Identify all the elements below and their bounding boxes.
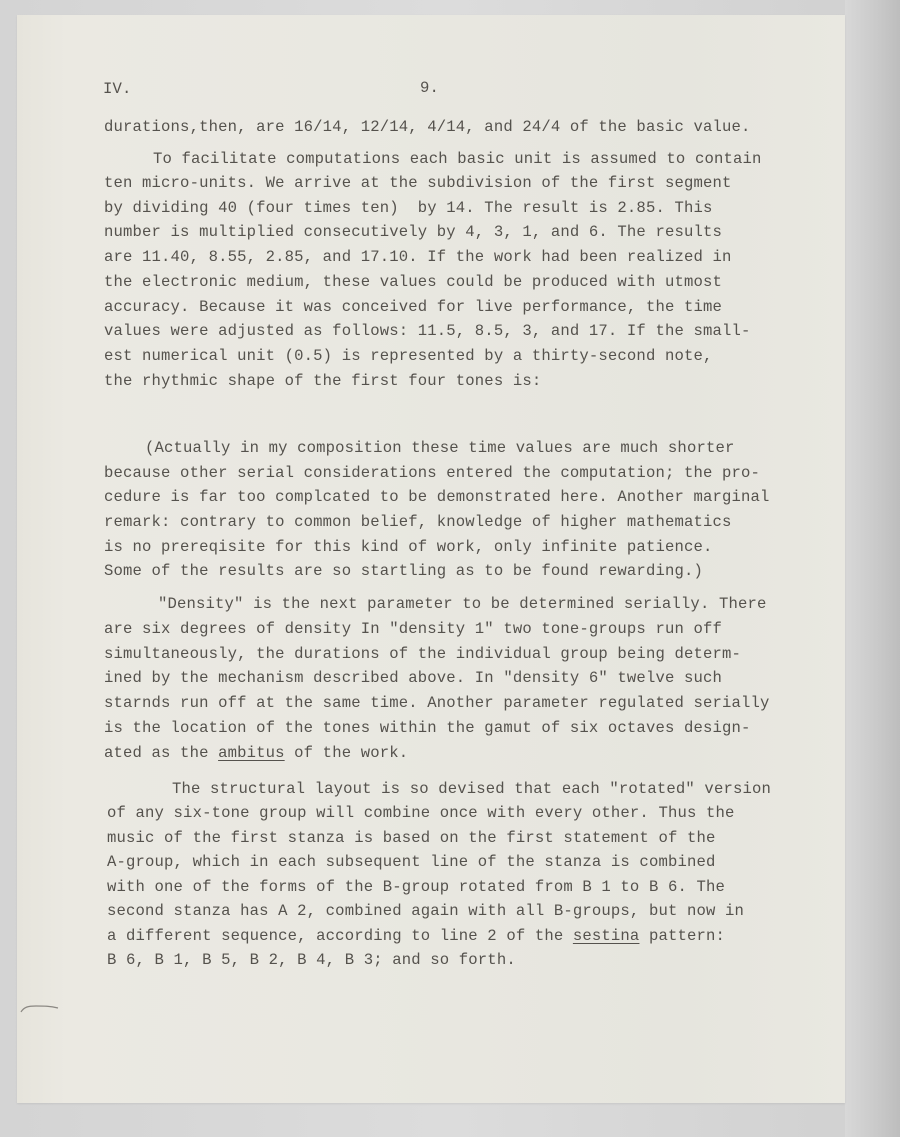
text-line: by dividing 40 (four times ten) by 14. T… — [104, 198, 713, 218]
section-number: IV. — [103, 79, 132, 99]
text-line: B 6, B 1, B 5, B 2, B 4, B 3; and so for… — [107, 950, 516, 970]
text-line: (Actually in my composition these time v… — [145, 438, 734, 458]
text-line: of any six-tone group will combine once … — [107, 803, 735, 823]
text-fragment: ated as the — [104, 744, 218, 762]
text-line: ined by the mechanism described above. I… — [104, 668, 722, 688]
text-line: starnds run off at the same time. Anothe… — [104, 693, 770, 713]
text-line: second stanza has A 2, combined again wi… — [107, 901, 744, 921]
text-fragment: a different sequence, according to line … — [107, 927, 573, 945]
text-line: remark: contrary to common belief, knowl… — [104, 512, 732, 532]
text-line: are 11.40, 8.55, 2.85, and 17.10. If the… — [104, 247, 732, 267]
text-line: "Density" is the next parameter to be de… — [158, 594, 767, 614]
pencil-mark — [20, 1003, 60, 1013]
text-line: because other serial considerations ente… — [104, 463, 760, 483]
underlined-term-ambitus: ambitus — [218, 744, 285, 762]
text-line: To facilitate computations each basic un… — [153, 149, 762, 169]
underlined-term-sestina: sestina — [573, 927, 640, 945]
text-line: The structural layout is so devised that… — [172, 779, 771, 799]
text-line: with one of the forms of the B-group rot… — [107, 877, 725, 897]
text-line: cedure is far too complcated to be demon… — [104, 487, 770, 507]
text-line: values were adjusted as follows: 11.5, 8… — [104, 321, 751, 341]
text-line: ated as the ambitus of the work. — [104, 743, 408, 763]
text-line: is the location of the tones within the … — [104, 718, 751, 738]
text-line: simultaneously, the durations of the ind… — [104, 644, 741, 664]
text-line: number is multiplied consecutively by 4,… — [104, 222, 722, 242]
text-line: a different sequence, according to line … — [107, 926, 725, 946]
text-fragment: of the work. — [285, 744, 409, 762]
text-line: are six degrees of density In "density 1… — [104, 619, 722, 639]
text-line: music of the first stanza is based on th… — [107, 828, 716, 848]
text-fragment: pattern: — [639, 927, 725, 945]
page-number: 9. — [420, 78, 439, 98]
text-line: accuracy. Because it was conceived for l… — [104, 297, 722, 317]
text-line: the rhythmic shape of the first four ton… — [104, 371, 541, 391]
text-line: ten micro-units. We arrive at the subdiv… — [104, 173, 732, 193]
text-line: Some of the results are so startling as … — [104, 561, 703, 581]
text-line: the electronic medium, these values coul… — [104, 272, 722, 292]
text-line: is no prereqisite for this kind of work,… — [104, 537, 713, 557]
text-line: A-group, which in each subsequent line o… — [107, 852, 716, 872]
text-line: est numerical unit (0.5) is represented … — [104, 346, 713, 366]
paragraph-continuation-line: durations,then, are 16/14, 12/14, 4/14, … — [104, 117, 751, 137]
scan-backdrop — [845, 0, 900, 1137]
